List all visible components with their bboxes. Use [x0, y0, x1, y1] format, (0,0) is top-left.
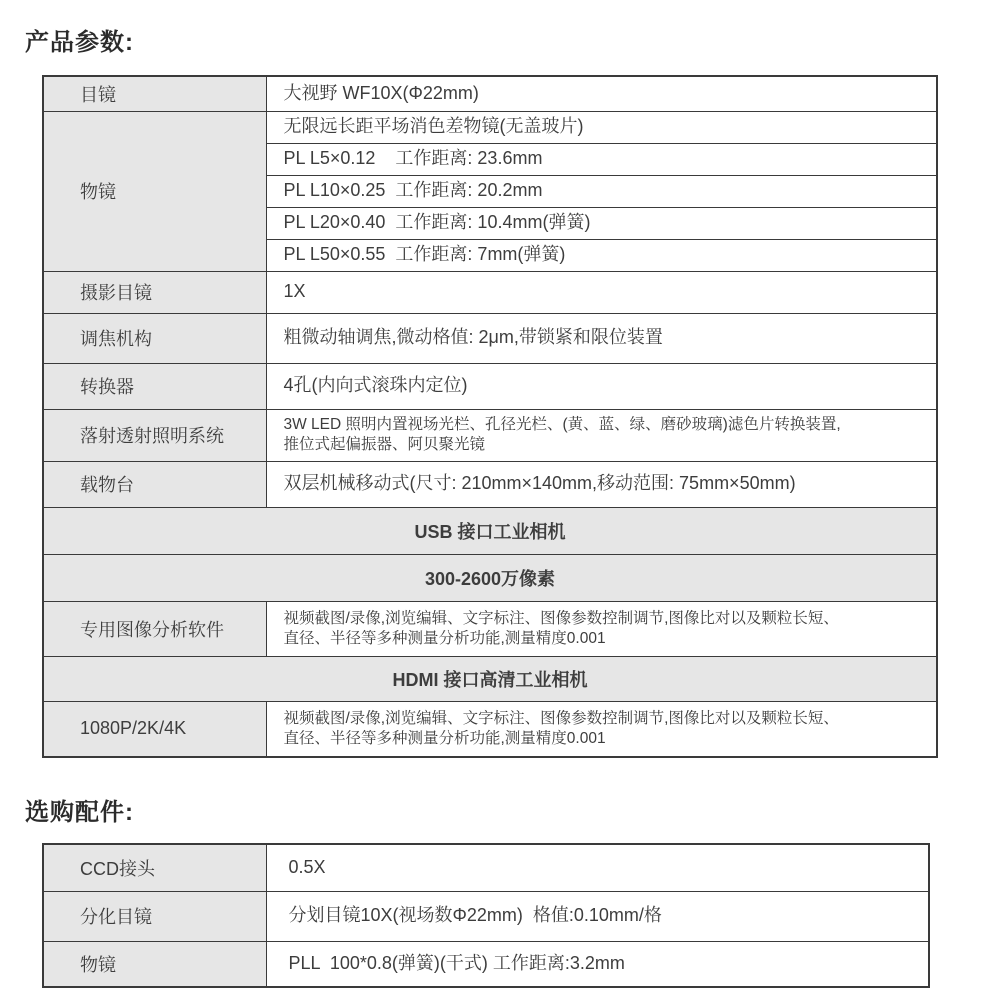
spec-value-objective-50x: PL L50×0.55 工作距离: 7mm(弹簧): [266, 239, 937, 271]
megapixels-header: 300-2600万像素: [43, 554, 937, 601]
spec-value-stage: 双层机械移动式(尺寸: 210mm×140mm,移动范围: 75mm×50mm): [266, 461, 937, 507]
spec-value-objective-5x: PL L5×0.12 工作距离: 23.6mm: [266, 143, 937, 175]
table-row: 调焦机构 粗微动轴调焦,微动格值: 2μm,带锁紧和限位装置: [43, 313, 937, 363]
table-row: 转换器 4孔(内向式滚珠内定位): [43, 363, 937, 409]
accessories-title: 选购配件:: [25, 792, 985, 827]
spec-value-nosepiece: 4孔(内向式滚珠内定位): [266, 363, 937, 409]
table-row: 分化目镜 分划目镜10X(视场数Φ22mm) 格值:0.10mm/格: [43, 891, 929, 941]
acc-label-reticle-eyepiece: 分化目镜: [43, 891, 266, 941]
product-spec-table: 目镜 大视野 WF10X(Φ22mm) 物镜 无限远长距平场消色差物镜(无盖玻片…: [42, 75, 938, 758]
spec-value-illumination: 3W LED 照明内置视场光栏、孔径光栏、(黄、蓝、绿、磨砂玻璃)滤色片转换装置…: [266, 409, 937, 461]
spec-label-illumination: 落射透射照明系统: [43, 409, 266, 461]
spec-sheet-page: 产品参数: 目镜 大视野 WF10X(Φ22mm) 物镜 无限远长距平场消色差物…: [0, 0, 985, 992]
spec-value-software: 视频截图/录像,浏览编辑、文字标注、图像参数控制调节,图像比对以及颗粒长短、 直…: [266, 601, 937, 656]
table-row-merged: HDMI 接口高清工业相机: [43, 656, 937, 701]
acc-label-ccd-adapter: CCD接头: [43, 844, 266, 891]
table-row: 落射透射照明系统 3W LED 照明内置视场光栏、孔径光栏、(黄、蓝、绿、磨砂玻…: [43, 409, 937, 461]
spec-value-hdmi-resolution: 视频截图/录像,浏览编辑、文字标注、图像参数控制调节,图像比对以及颗粒长短、 直…: [266, 701, 937, 757]
spec-value-objective-20x: PL L20×0.40 工作距离: 10.4mm(弹簧): [266, 207, 937, 239]
usb-camera-header: USB 接口工业相机: [43, 507, 937, 554]
table-row: 摄影目镜 1X: [43, 271, 937, 313]
table-row: 1080P/2K/4K 视频截图/录像,浏览编辑、文字标注、图像参数控制调节,图…: [43, 701, 937, 757]
spec-label-hdmi-resolution: 1080P/2K/4K: [43, 701, 266, 757]
table-row: 载物台 双层机械移动式(尺寸: 210mm×140mm,移动范围: 75mm×5…: [43, 461, 937, 507]
spec-label-software: 专用图像分析软件: [43, 601, 266, 656]
spec-label-objective: 物镜: [43, 111, 266, 271]
spec-label-nosepiece: 转换器: [43, 363, 266, 409]
table-row-merged: 300-2600万像素: [43, 554, 937, 601]
table-row: 专用图像分析软件 视频截图/录像,浏览编辑、文字标注、图像参数控制调节,图像比对…: [43, 601, 937, 656]
spec-value-objective-10x: PL L10×0.25 工作距离: 20.2mm: [266, 175, 937, 207]
table-row: 物镜 PLL 100*0.8(弹簧)(干式) 工作距离:3.2mm: [43, 941, 929, 987]
product-params-title: 产品参数:: [25, 22, 985, 57]
spec-label-stage: 载物台: [43, 461, 266, 507]
spec-value-eyepiece: 大视野 WF10X(Φ22mm): [266, 76, 937, 111]
spec-label-photo-eyepiece: 摄影目镜: [43, 271, 266, 313]
spec-value-focusing: 粗微动轴调焦,微动格值: 2μm,带锁紧和限位装置: [266, 313, 937, 363]
table-row: 目镜 大视野 WF10X(Φ22mm): [43, 76, 937, 111]
acc-label-objective: 物镜: [43, 941, 266, 987]
table-row: 物镜 无限远长距平场消色差物镜(无盖玻片): [43, 111, 937, 143]
table-row-merged: USB 接口工业相机: [43, 507, 937, 554]
table-row: CCD接头 0.5X: [43, 844, 929, 891]
accessories-table: CCD接头 0.5X 分化目镜 分划目镜10X(视场数Φ22mm) 格值:0.1…: [42, 843, 930, 988]
acc-value-reticle-eyepiece: 分划目镜10X(视场数Φ22mm) 格值:0.10mm/格: [266, 891, 929, 941]
acc-value-ccd-adapter: 0.5X: [266, 844, 929, 891]
spec-label-eyepiece: 目镜: [43, 76, 266, 111]
spec-label-focusing: 调焦机构: [43, 313, 266, 363]
acc-value-objective: PLL 100*0.8(弹簧)(干式) 工作距离:3.2mm: [266, 941, 929, 987]
spec-value-photo-eyepiece: 1X: [266, 271, 937, 313]
spec-value-objective-type: 无限远长距平场消色差物镜(无盖玻片): [266, 111, 937, 143]
hdmi-camera-header: HDMI 接口高清工业相机: [43, 656, 937, 701]
